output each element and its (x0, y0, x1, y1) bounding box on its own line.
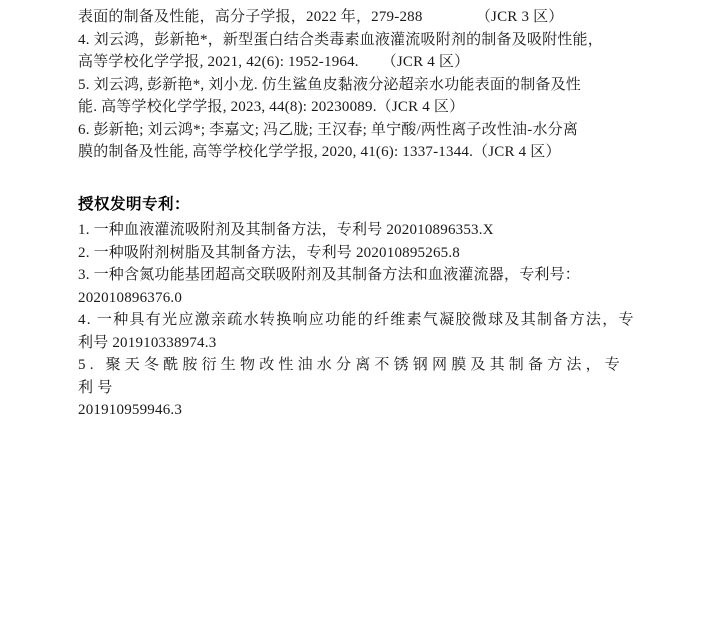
patent-line: 1. 一种血液灌流吸附剂及其制备方法，专利号 202010896353.X (78, 219, 638, 242)
document-page: 表面的制备及性能，高分子学报，2022 年，279-288 （JCR 3 区） … (0, 0, 709, 634)
patents-section-heading: 授权发明专利： (78, 194, 638, 217)
patent-line: 5. 聚天冬酰胺衍生物改性油水分离不锈钢网膜及其制备方法，专利号 (78, 354, 638, 399)
patent-line: 2. 一种吸附剂树脂及其制备方法，专利号 202010895265.8 (78, 242, 638, 265)
patent-line: 4. 一种具有光应激亲疏水转换响应功能的纤维素气凝胶微球及其制备方法，专 (78, 309, 638, 332)
patent-line: 202010896376.0 (78, 287, 638, 310)
publication-line: 能. 高等学校化学学报, 2023, 44(8): 20230089.（JCR … (78, 96, 638, 119)
publication-line: 表面的制备及性能，高分子学报，2022 年，279-288 （JCR 3 区） (78, 6, 638, 29)
publication-line: 高等学校化学学报, 2021, 42(6): 1952-1964. （JCR 4… (78, 51, 638, 74)
patent-line: 利号 201910338974.3 (78, 332, 638, 355)
publication-line: 6. 彭新艳; 刘云鸿*; 李嘉文; 冯乙胧; 王汉春; 单宁酸/两性离子改性油… (78, 119, 638, 142)
patent-line: 201910959946.3 (78, 399, 638, 422)
publication-line: 4. 刘云鸿，彭新艳*，新型蛋白结合类毒素血液灌流吸附剂的制备及吸附性能， (78, 29, 638, 52)
document-content: 表面的制备及性能，高分子学报，2022 年，279-288 （JCR 3 区） … (78, 6, 638, 422)
patent-line: 3. 一种含氮功能基团超高交联吸附剂及其制备方法和血液灌流器，专利号： (78, 264, 638, 287)
publication-line: 5. 刘云鸿, 彭新艳*, 刘小龙. 仿生鲨鱼皮黏液分泌超亲水功能表面的制备及性 (78, 74, 638, 97)
publication-line: 膜的制备及性能, 高等学校化学学报, 2020, 41(6): 1337-134… (78, 141, 638, 164)
